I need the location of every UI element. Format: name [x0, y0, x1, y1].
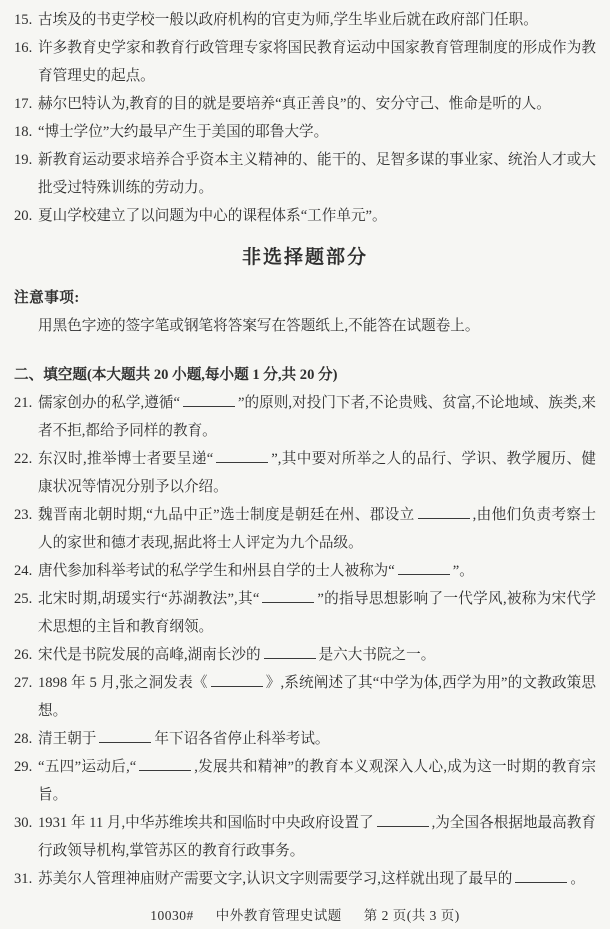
question-item: 16.许多教育史学家和教育行政管理专家将国民教育运动中国家教育管理制度的形成作为…	[14, 34, 596, 90]
footer-exam-title: 中外教育管理史试题	[216, 908, 342, 923]
fill-items-list: 21.儒家创办的私学,遵循“”的原则,对投门下者,不论贵贱、贫富,不论地域、族类…	[14, 389, 596, 893]
question-item: 26.宋代是书院发展的高峰,湖南长沙的是六大书院之一。	[14, 641, 596, 669]
fill-in-blank	[264, 645, 316, 659]
question-number: 23.	[14, 501, 32, 529]
fill-in-blank	[262, 589, 314, 603]
question-item: 24.唐代参加科举考试的私学学生和州县自学的士人被称为“”。	[14, 557, 596, 585]
question-number: 18.	[14, 118, 32, 146]
fill-in-blank	[377, 813, 429, 827]
fill-section-title: 二、填空题(本大题共 20 小题,每小题 1 分,共 20 分)	[14, 361, 596, 389]
question-item: 21.儒家创办的私学,遵循“”的原则,对投门下者,不论贵贱、贫富,不论地域、族类…	[14, 389, 596, 445]
page-footer: 10030#中外教育管理史试题第 2 页(共 3 页)	[14, 902, 596, 929]
notice-text: 用黑色字迹的签字笔或钢笔将答案写在答题纸上,不能答在试题卷上。	[14, 312, 596, 340]
question-item: 15.古埃及的书吏学校一般以政府机构的官吏为师,学生毕业后就在政府部门任职。	[14, 6, 596, 34]
part-heading: 非选择题部分	[14, 245, 596, 271]
fill-in-blank	[211, 673, 263, 687]
question-number: 16.	[14, 34, 32, 62]
question-number: 22.	[14, 445, 32, 473]
exam-page: 15.古埃及的书吏学校一般以政府机构的官吏为师,学生毕业后就在政府部门任职。16…	[0, 0, 610, 929]
question-item: 30.1931 年 11 月,中华苏维埃共和国临时中央政府设置了,为全国各根据地…	[14, 809, 596, 865]
question-number: 31.	[14, 865, 32, 893]
fill-in-blank	[99, 729, 151, 743]
question-number: 24.	[14, 557, 32, 585]
fill-in-blank	[183, 393, 235, 407]
question-number: 20.	[14, 202, 32, 230]
question-item: 18.“博士学位”大约最早产生于美国的耶鲁大学。	[14, 118, 596, 146]
question-number: 26.	[14, 641, 32, 669]
question-number: 29.	[14, 753, 32, 781]
notice-label: 注意事项:	[14, 284, 596, 312]
fill-in-blank	[515, 869, 567, 883]
question-item: 27.1898 年 5 月,张之洞发表《》,系统阐述了其“中学为体,西学为用”的…	[14, 669, 596, 725]
judgment-items-list: 15.古埃及的书吏学校一般以政府机构的官吏为师,学生毕业后就在政府部门任职。16…	[14, 6, 596, 230]
question-item: 22.东汉时,推举博士者要呈递“”,其中要对所举之人的品行、学识、教学履历、健康…	[14, 445, 596, 501]
question-item: 28.清王朝于年下诏各省停止科举考试。	[14, 725, 596, 753]
question-number: 25.	[14, 585, 32, 613]
question-number: 17.	[14, 90, 32, 118]
fill-in-blank	[418, 505, 470, 519]
question-number: 27.	[14, 669, 32, 697]
question-item: 29.“五四”运动后,“,发展共和精神”的教育本义观深入人心,成为这一时期的教育…	[14, 753, 596, 809]
question-number: 21.	[14, 389, 32, 417]
fill-in-blank	[216, 449, 268, 463]
question-number: 30.	[14, 809, 32, 837]
fill-in-blank	[398, 561, 450, 575]
question-item: 23.魏晋南北朝时期,“九品中正”选士制度是朝廷在州、郡设立,由他们负责考察士人…	[14, 501, 596, 557]
question-item: 25.北宋时期,胡瑗实行“苏湖教法”,其“”的指导思想影响了一代学风,被称为宋代…	[14, 585, 596, 641]
question-number: 19.	[14, 146, 32, 174]
footer-page-info: 第 2 页(共 3 页)	[364, 908, 460, 923]
question-item: 20.夏山学校建立了以问题为中心的课程体系“工作单元”。	[14, 202, 596, 230]
question-number: 15.	[14, 6, 32, 34]
fill-in-blank	[139, 757, 191, 771]
question-item: 17.赫尔巴特认为,教育的目的就是要培养“真正善良”的、安分守己、惟命是听的人。	[14, 90, 596, 118]
footer-exam-code: 10030#	[150, 908, 194, 923]
question-item: 31.苏美尔人管理神庙财产需要文字,认识文字则需要学习,这样就出现了最早的。	[14, 865, 596, 893]
question-item: 19.新教育运动要求培养合乎资本主义精神的、能干的、足智多谋的事业家、统治人才或…	[14, 146, 596, 202]
question-number: 28.	[14, 725, 32, 753]
